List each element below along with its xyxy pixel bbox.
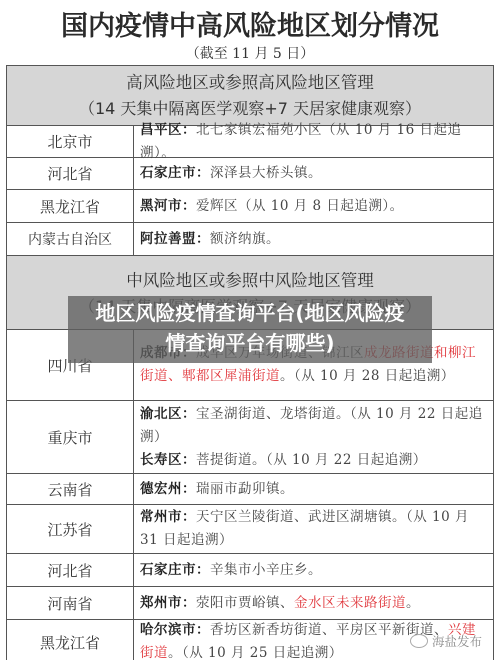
medium-risk-heading: 中风险地区或参照中风险地区管理 — [7, 268, 493, 294]
detail-cell: 德宏州：瑞丽市勐卯镇。 — [134, 474, 493, 504]
high-risk-heading: 高风险地区或参照高风险地区管理 — [7, 70, 493, 96]
city-label: 常州市： — [140, 509, 196, 525]
detail-text: 辛集市小辛庄乡。 — [210, 562, 322, 578]
city-label: 阿拉善盟： — [140, 231, 210, 247]
city-label: 郑州市： — [140, 595, 196, 611]
detail-cell: 石家庄市：深泽县大桥头镇。 — [134, 158, 493, 189]
table-row: 北京市 昌平区：北七家镇宏福苑小区（从 10 月 16 日起追溯）。 — [7, 126, 493, 158]
table-row: 河北省 石家庄市：辛集市小辛庄乡。 — [7, 554, 493, 587]
detail-cell: 黑河市：爱辉区（从 10 月 8 日起追溯）。 — [134, 190, 493, 222]
city-label: 黑河市： — [140, 198, 196, 214]
province-cell: 重庆市 — [7, 401, 134, 473]
province-cell: 黑龙江省 — [7, 620, 134, 660]
table-row: 内蒙古自治区 阿拉善盟：额济纳旗。 — [7, 223, 493, 256]
detail-text: 额济纳旗。 — [210, 231, 280, 247]
city-label: 德宏州： — [140, 481, 196, 497]
highlight-text: 金水区未来路街道 — [294, 595, 406, 611]
province-cell: 北京市 — [7, 126, 134, 157]
watermark-text: 海盐发布 — [432, 632, 482, 650]
detail-cell: 阿拉善盟：额济纳旗。 — [134, 223, 493, 255]
detail-text: 菩提街道。（从 10 月 22 日起追溯） — [196, 452, 427, 468]
table-row: 重庆市 渝北区：宝圣湖街道、龙塔街道。（从 10 月 22 日起追溯） 长寿区：… — [7, 401, 493, 474]
province-cell: 河北省 — [7, 554, 134, 586]
caption-overlay: 地区风险疫情查询平台(地区风险疫 情查询平台有哪些) — [68, 298, 432, 358]
table-row: 黑龙江省 黑河市：爱辉区（从 10 月 8 日起追溯）。 — [7, 190, 493, 223]
caption-line-2: 情查询平台有哪些) — [68, 328, 432, 358]
detail-text: 。（从 10 月 28 日起追溯） — [280, 368, 455, 384]
watermark: 海盐发布 — [410, 632, 482, 650]
city-label: 石家庄市： — [140, 562, 210, 578]
province-cell: 江苏省 — [7, 505, 134, 553]
city-label: 石家庄市： — [140, 165, 210, 181]
detail-text: 深泽县大桥头镇。 — [210, 165, 322, 181]
province-cell: 云南省 — [7, 474, 134, 504]
city-label: 长寿区： — [140, 452, 196, 468]
province-cell: 黑龙江省 — [7, 190, 134, 222]
detail-cell: 常州市：天宁区兰陵街道、武进区湖塘镇。（从 10 月 31 日起追溯） — [134, 505, 493, 553]
table-row: 云南省 德宏州：瑞丽市勐卯镇。 — [7, 474, 493, 505]
wechat-icon — [410, 634, 428, 648]
high-risk-header: 高风险地区或参照高风险地区管理 （14 天集中隔离医学观察+7 天居家健康观察） — [7, 66, 493, 126]
city-label: 渝北区： — [140, 406, 196, 422]
table-row: 河南省 郑州市：荥阳市贾峪镇、金水区未来路街道。 — [7, 587, 493, 620]
table-row: 江苏省 常州市：天宁区兰陵街道、武进区湖塘镇。（从 10 月 31 日起追溯） — [7, 505, 493, 554]
detail-cell: 渝北区：宝圣湖街道、龙塔街道。（从 10 月 22 日起追溯） 长寿区：菩提街道… — [134, 401, 493, 473]
city-label: 昌平区： — [140, 122, 196, 138]
detail-cell: 郑州市：荥阳市贾峪镇、金水区未来路街道。 — [134, 587, 493, 619]
document-title: 国内疫情中高风险地区划分情况 — [0, 4, 500, 43]
detail-cell: 昌平区：北七家镇宏福苑小区（从 10 月 16 日起追溯）。 — [134, 126, 493, 157]
detail-text: 。 — [406, 595, 420, 611]
province-cell: 河南省 — [7, 587, 134, 619]
detail-text: 瑞丽市勐卯镇。 — [196, 481, 294, 497]
province-cell: 内蒙古自治区 — [7, 223, 134, 255]
detail-text: 荥阳市贾峪镇、 — [196, 595, 294, 611]
caption-line-1: 地区风险疫情查询平台(地区风险疫 — [68, 298, 432, 328]
detail-text: 爱辉区（从 10 月 8 日起追溯）。 — [196, 198, 404, 214]
table-row: 河北省 石家庄市：深泽县大桥头镇。 — [7, 158, 493, 190]
province-cell: 河北省 — [7, 158, 134, 189]
detail-text: 。（从 10 月 25 日起追溯） — [168, 645, 343, 660]
detail-cell: 石家庄市：辛集市小辛庄乡。 — [134, 554, 493, 586]
document-subtitle: （截至 11 月 5 日） — [0, 43, 500, 63]
city-label: 哈尔滨市： — [140, 622, 210, 638]
